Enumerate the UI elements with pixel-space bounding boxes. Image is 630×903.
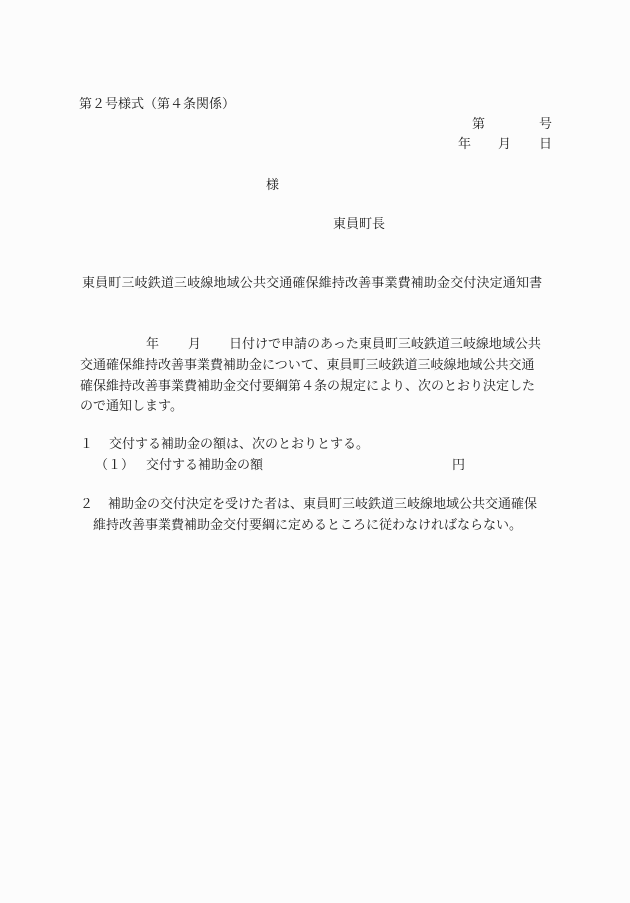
item-2-number: ２: [80, 497, 93, 513]
sub-item-1-number: （１）: [95, 458, 134, 474]
body-month-label: 月: [188, 337, 201, 353]
issue-number-prefix: 第: [472, 117, 485, 133]
date-year-label: 年: [458, 137, 471, 153]
recipient-honorific: 様: [266, 178, 279, 194]
document-title: 東員町三岐鉄道三岐線地域公共交通確保維持改善事業費補助金交付決定通知書: [82, 276, 542, 292]
body-line-1: 日付けで申請のあった東員町三岐鉄道三岐線地域公共: [229, 337, 541, 353]
date-month-label: 月: [498, 137, 511, 153]
body-line-2: 交通確保維持改善事業費補助金について、東員町三岐鉄道三岐線地域公共交通: [80, 358, 534, 374]
body-line-4: ので通知します。: [80, 399, 183, 415]
form-number: 第２号様式（第４条関係）: [79, 97, 235, 113]
body-line-3: 確保維持改善事業費補助金交付要綱第４条の規定により、次のとおり決定した: [80, 379, 535, 395]
date-day-label: 日: [539, 137, 552, 153]
item-1-number: １: [80, 437, 93, 453]
sub-item-1-unit: 円: [452, 458, 465, 474]
item-2-text-line-1: 補助金の交付決定を受けた者は、東員町三岐鉄道三岐線地域公共交通確保: [108, 497, 537, 513]
issue-number-suffix: 号: [539, 117, 552, 133]
sender: 東員町長: [333, 217, 385, 233]
body-year-label: 年: [146, 337, 159, 353]
item-1-text: 交付する補助金の額は、次のとおりとする。: [109, 437, 369, 453]
item-2-text-line-2: 維持改善事業費補助金交付要綱に定めるところに従わなければならない。: [93, 518, 522, 534]
sub-item-1-label: 交付する補助金の額: [146, 458, 263, 474]
